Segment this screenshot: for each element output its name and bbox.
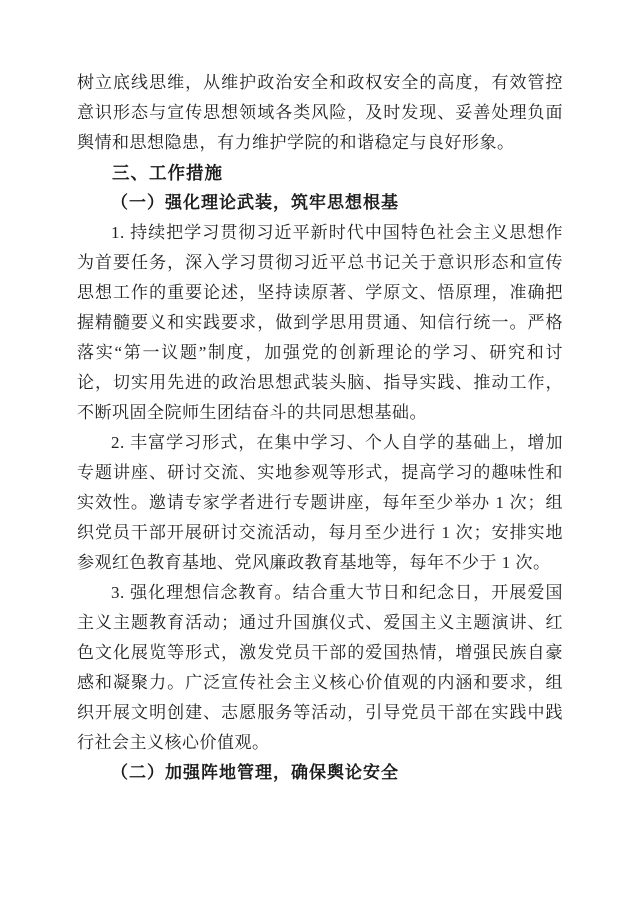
numbered-paragraph-1: 1. 持续把学习贯彻习近平新时代中国特色社会主义思想作为首要任务，深入学习贯彻习… <box>77 218 563 428</box>
numbered-paragraph-2: 2. 丰富学习形式，在集中学习、个人自学的基础上，增加专题讲座、研讨交流、实地参… <box>77 428 563 578</box>
document-content: 树立底线思维，从维护政治安全和政权安全的高度，有效管控意识形态与宣传思想领域各类… <box>77 68 563 788</box>
subsection-heading-2: （二）加强阵地管理，确保舆论安全 <box>77 758 563 788</box>
section-heading-work-measures: 三、工作措施 <box>77 158 563 188</box>
subsection-heading-1: （一）强化理论武装，筑牢思想根基 <box>77 188 563 218</box>
numbered-paragraph-3: 3. 强化理想信念教育。结合重大节日和纪念日，开展爱国主义主题教育活动；通过升国… <box>77 578 563 758</box>
document-page: 树立底线思维，从维护政治安全和政权安全的高度，有效管控意识形态与宣传思想领域各类… <box>0 0 639 903</box>
paragraph-continuation: 树立底线思维，从维护政治安全和政权安全的高度，有效管控意识形态与宣传思想领域各类… <box>77 68 563 158</box>
